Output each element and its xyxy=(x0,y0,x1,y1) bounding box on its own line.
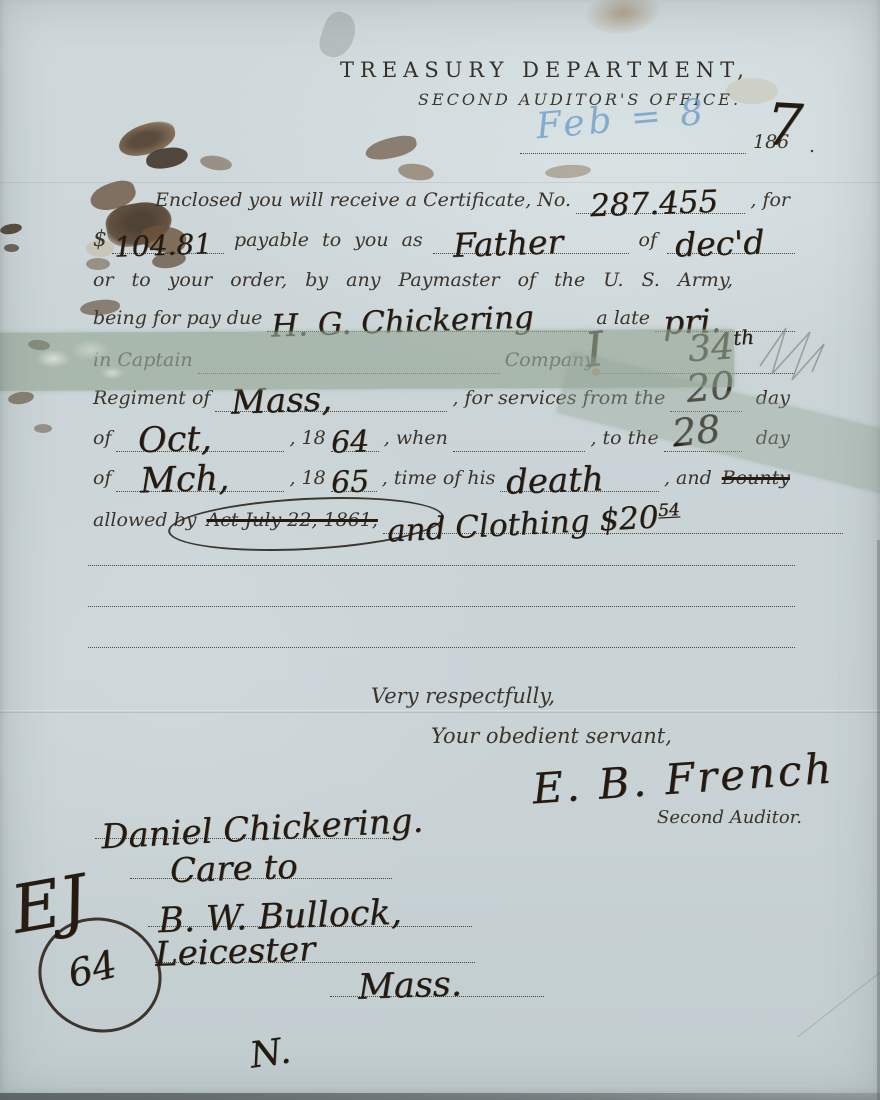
printed-text: , and xyxy=(659,464,717,492)
stain xyxy=(584,0,662,38)
to-day-entry: 28 xyxy=(670,410,722,453)
care-of-name-line: B. W. Bullock, xyxy=(148,886,472,927)
deceased-entry: dec'd xyxy=(667,225,795,254)
address-state-line: Mass. xyxy=(330,956,544,997)
care-of-line: Care to xyxy=(130,840,392,879)
printed-text: , 18 xyxy=(284,464,330,492)
ink-blot xyxy=(87,177,139,216)
form-line-3: or to your order, by any Paymaster of th… xyxy=(88,266,795,294)
file-mark-number: 64 xyxy=(64,945,120,994)
printed-text: , for services from the xyxy=(447,384,670,412)
printed-text: of xyxy=(88,424,116,452)
fold-crease xyxy=(798,944,880,1037)
form-line-1: Enclosed you will receive a Certificate,… xyxy=(150,186,795,214)
care-of-text: Care to xyxy=(169,850,298,888)
auditor-signature: E. B. French xyxy=(531,747,836,810)
printed-text: , time of his xyxy=(377,464,501,492)
form-line-8: of Mch, , 18 65 , time of his death , an… xyxy=(88,464,795,492)
ink-blot xyxy=(145,146,189,170)
certificate-number-entry: 287.455 xyxy=(576,185,745,214)
addressee-name-line: Daniel Chickering. xyxy=(95,800,393,839)
printed-text: or to your order, by any Paymaster of th… xyxy=(88,266,738,294)
printed-text: payable to you as xyxy=(224,226,433,254)
auditor-title: Second Auditor. xyxy=(652,804,807,832)
from-day-entry: 20 xyxy=(684,366,735,408)
printed-text: Enclosed you will receive a Certificate,… xyxy=(150,186,576,214)
blank-rule xyxy=(88,565,795,566)
ink-blot xyxy=(0,222,23,236)
captain-name-entry xyxy=(198,345,500,374)
from-month-entry: Oct, xyxy=(116,423,284,452)
clothing-note-entry: and Clothing $2054 xyxy=(383,505,843,534)
ink-blot xyxy=(4,244,19,252)
to-year-entry: 65 xyxy=(331,463,377,492)
ink-blot xyxy=(363,133,418,163)
printed-text: of xyxy=(629,226,667,254)
address-state: Mass. xyxy=(357,967,462,1006)
closing-respectfully: Very respectfully, xyxy=(366,682,560,710)
blank-rule xyxy=(88,606,795,607)
pencil-scribble-mark xyxy=(752,322,838,388)
printed-text: Regiment of xyxy=(88,384,215,412)
scan-edge-bottom xyxy=(0,1093,880,1100)
to-month-entry: Mch, xyxy=(116,463,284,492)
ink-blot xyxy=(199,154,233,173)
fold-crease xyxy=(0,182,880,183)
date-period: . xyxy=(804,132,820,160)
printed-text: , for xyxy=(745,186,795,214)
closing-servant: Your obedient servant, xyxy=(426,722,677,750)
ink-blot xyxy=(545,163,592,179)
state-entry: Mass, xyxy=(215,383,447,412)
printed-text: being for pay due xyxy=(88,304,267,332)
year-handwritten: 7 xyxy=(765,95,805,155)
regiment-number-entry: 34th xyxy=(687,328,756,369)
relation-entry: Father xyxy=(433,225,629,254)
blank-rule xyxy=(88,647,795,648)
date-rule xyxy=(520,153,746,154)
ink-blot xyxy=(34,424,52,433)
fold-crease xyxy=(0,710,880,713)
ink-blot xyxy=(115,117,179,160)
department-title: TREASURY DEPARTMENT, xyxy=(340,58,750,82)
company-entry: I xyxy=(583,325,607,375)
ink-blot xyxy=(28,339,51,351)
amount-entry: 104.81 xyxy=(112,225,224,254)
soldier-name-entry: H. G. Chickering xyxy=(267,303,591,332)
event-entry: death xyxy=(500,463,659,492)
address-town: Leicester xyxy=(154,932,315,972)
ink-blot xyxy=(7,390,34,406)
when-entry-rule xyxy=(453,423,586,452)
printed-text: day xyxy=(742,384,795,412)
ink-blot xyxy=(397,162,435,183)
stain xyxy=(316,8,361,62)
printed-text: in Captain xyxy=(88,346,198,374)
printed-text: day xyxy=(742,424,795,452)
printed-text: , when xyxy=(379,424,453,452)
from-year-entry: 64 xyxy=(331,423,379,452)
printed-text: of xyxy=(88,464,116,492)
printed-text: , 18 xyxy=(284,424,330,452)
treasury-form-document: TREASURY DEPARTMENT, SECOND AUDITOR'S OF… xyxy=(0,0,880,1100)
form-line-4: being for pay due H. G. Chickering a lat… xyxy=(88,304,795,332)
printed-text: , to the xyxy=(585,424,663,452)
dollar-sign: $ xyxy=(88,226,112,254)
form-line-2: $ 104.81 payable to you as Father of dec… xyxy=(88,226,795,254)
bottom-pencil-note: N. xyxy=(248,1033,293,1074)
struck-bounty-text: Bounty xyxy=(717,464,795,492)
